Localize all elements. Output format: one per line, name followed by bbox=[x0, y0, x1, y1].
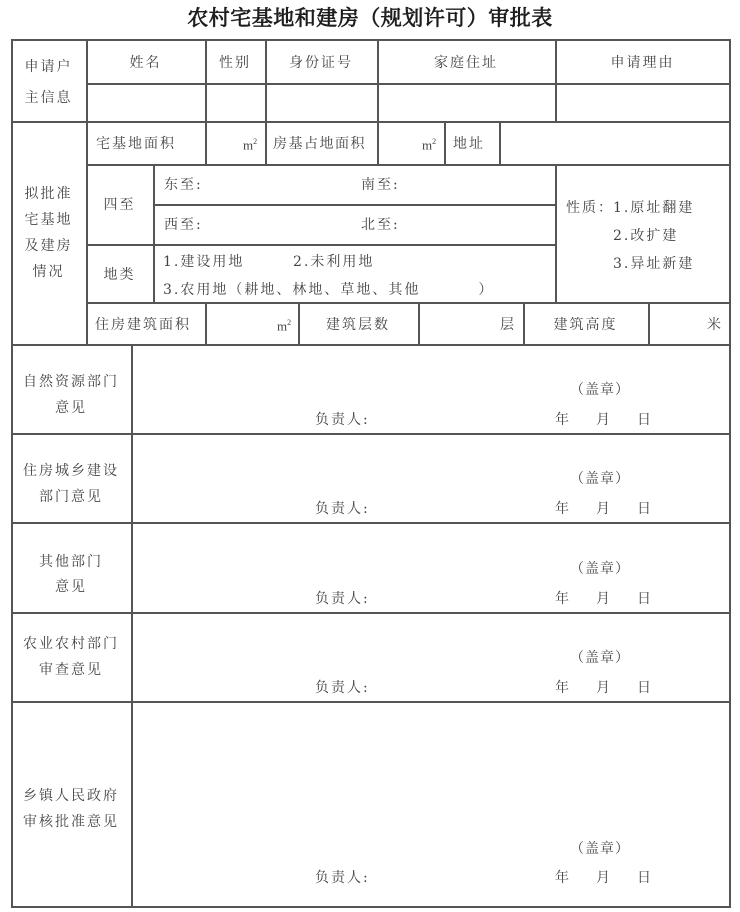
footprint-area-unit: m2 bbox=[422, 138, 436, 151]
opinion-label-line1: 自然资源部门 bbox=[11, 375, 131, 389]
height-unit: 米 bbox=[707, 318, 723, 332]
header-reason: 申请理由 bbox=[555, 56, 730, 70]
west-field[interactable] bbox=[205, 206, 355, 243]
date-month: 月 bbox=[596, 681, 612, 695]
responsible-label: 负责人: bbox=[315, 502, 370, 516]
east-field[interactable] bbox=[205, 166, 355, 203]
border-top bbox=[11, 39, 731, 41]
date-day: 日 bbox=[637, 502, 653, 516]
applicant-label-line1: 申请户 bbox=[11, 60, 86, 74]
north-label: 北至: bbox=[361, 218, 400, 232]
floors-label: 建筑层数 bbox=[298, 318, 418, 332]
opinion-label-line1: 其他部门 bbox=[11, 555, 131, 569]
nature-option-expand[interactable]: 2.改扩建 bbox=[613, 229, 678, 243]
proposed-label-line4: 情况 bbox=[11, 265, 86, 279]
building-area-unit: m2 bbox=[277, 319, 291, 332]
date-month: 月 bbox=[596, 871, 612, 885]
address-label: 地址 bbox=[453, 137, 485, 151]
proposed-label-line1: 拟批准 bbox=[11, 187, 86, 201]
seal-text: （盖章） bbox=[570, 651, 630, 665]
opinion-label-line1: 住房城乡建设 bbox=[11, 464, 131, 478]
name-field[interactable] bbox=[88, 85, 204, 120]
homestead-area-unit: m2 bbox=[243, 138, 257, 151]
land-type-option-construction[interactable]: 1.建设用地 bbox=[163, 255, 244, 269]
date-year: 年 bbox=[555, 502, 571, 516]
id-number-field[interactable] bbox=[267, 85, 376, 120]
date-day: 日 bbox=[637, 413, 653, 427]
seal-text: （盖章） bbox=[570, 472, 630, 486]
proposed-label-line3: 及建房 bbox=[11, 239, 86, 253]
proposed-label-line2: 宅基地 bbox=[11, 213, 86, 227]
land-type-option-agricultural[interactable]: 3.农用地（耕地、林地、草地、其他 ） bbox=[163, 283, 494, 297]
date-year: 年 bbox=[555, 592, 571, 606]
address-field[interactable] bbox=[501, 123, 728, 163]
responsible-label: 负责人: bbox=[315, 413, 370, 427]
date-month: 月 bbox=[596, 592, 612, 606]
home-address-field[interactable] bbox=[379, 85, 554, 120]
date-year: 年 bbox=[555, 871, 571, 885]
opinion-label-line2: 审核批准意见 bbox=[11, 815, 131, 829]
seal-text: （盖章） bbox=[570, 842, 630, 856]
header-name: 姓名 bbox=[86, 56, 205, 70]
boundaries-label: 四至 bbox=[86, 198, 153, 212]
south-label: 南至: bbox=[361, 178, 400, 192]
nature-label: 性质： bbox=[566, 201, 614, 215]
opinion-label-line1: 乡镇人民政府 bbox=[11, 789, 131, 803]
date-year: 年 bbox=[555, 413, 571, 427]
north-field[interactable] bbox=[405, 206, 553, 243]
building-area-label: 住房建筑面积 bbox=[95, 318, 191, 332]
seal-text: （盖章） bbox=[570, 383, 630, 397]
land-type-option-unused[interactable]: 2.未利用地 bbox=[293, 255, 374, 269]
divider bbox=[444, 121, 446, 164]
border-bottom bbox=[11, 906, 731, 908]
opinion-label-line2: 意见 bbox=[11, 580, 131, 594]
seal-text: （盖章） bbox=[570, 562, 630, 576]
date-month: 月 bbox=[596, 502, 612, 516]
homestead-area-label: 宅基地面积 bbox=[96, 137, 176, 151]
divider bbox=[153, 164, 155, 302]
date-year: 年 bbox=[555, 681, 571, 695]
south-field[interactable] bbox=[405, 166, 553, 203]
date-day: 日 bbox=[637, 592, 653, 606]
nature-option-rebuild[interactable]: 1.原址翻建 bbox=[613, 201, 694, 215]
opinion-label-line2: 部门意见 bbox=[11, 490, 131, 504]
floors-unit: 层 bbox=[500, 318, 516, 332]
west-label: 西至: bbox=[164, 218, 203, 232]
responsible-label: 负责人: bbox=[315, 592, 370, 606]
divider bbox=[86, 302, 730, 304]
applicant-label-line2: 主信息 bbox=[11, 91, 86, 105]
form-title: 农村宅基地和建房（规划许可）审批表 bbox=[0, 2, 740, 32]
opinion-label-line1: 农业农村部门 bbox=[11, 637, 131, 651]
east-label: 东至: bbox=[164, 178, 203, 192]
date-day: 日 bbox=[637, 681, 653, 695]
border-right bbox=[729, 39, 731, 908]
header-id-number: 身份证号 bbox=[265, 56, 377, 70]
nature-option-relocate[interactable]: 3.异址新建 bbox=[613, 257, 694, 271]
reason-field[interactable] bbox=[557, 85, 728, 120]
opinion-label-line2: 审查意见 bbox=[11, 663, 131, 677]
height-label: 建筑高度 bbox=[523, 318, 648, 332]
date-month: 月 bbox=[596, 413, 612, 427]
responsible-label: 负责人: bbox=[315, 871, 370, 885]
footprint-area-label: 房基占地面积 bbox=[273, 137, 366, 151]
header-gender: 性别 bbox=[205, 56, 265, 70]
divider bbox=[555, 164, 557, 302]
land-type-label: 地类 bbox=[86, 268, 153, 282]
responsible-label: 负责人: bbox=[315, 681, 370, 695]
opinion-label-line2: 意见 bbox=[11, 401, 131, 415]
header-home-address: 家庭住址 bbox=[377, 56, 555, 70]
date-day: 日 bbox=[637, 871, 653, 885]
gender-field[interactable] bbox=[207, 85, 264, 120]
divider bbox=[86, 244, 555, 246]
